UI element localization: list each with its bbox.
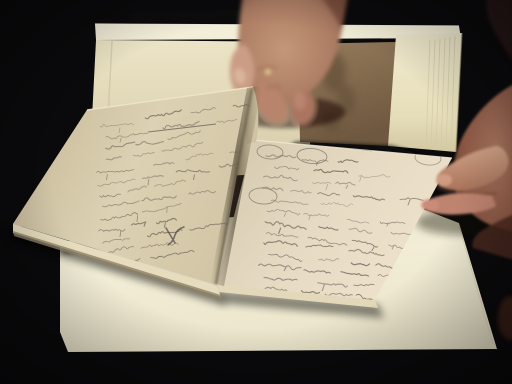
photograph — [0, 0, 512, 384]
photo-canvas — [0, 0, 512, 384]
vignette — [0, 0, 512, 384]
